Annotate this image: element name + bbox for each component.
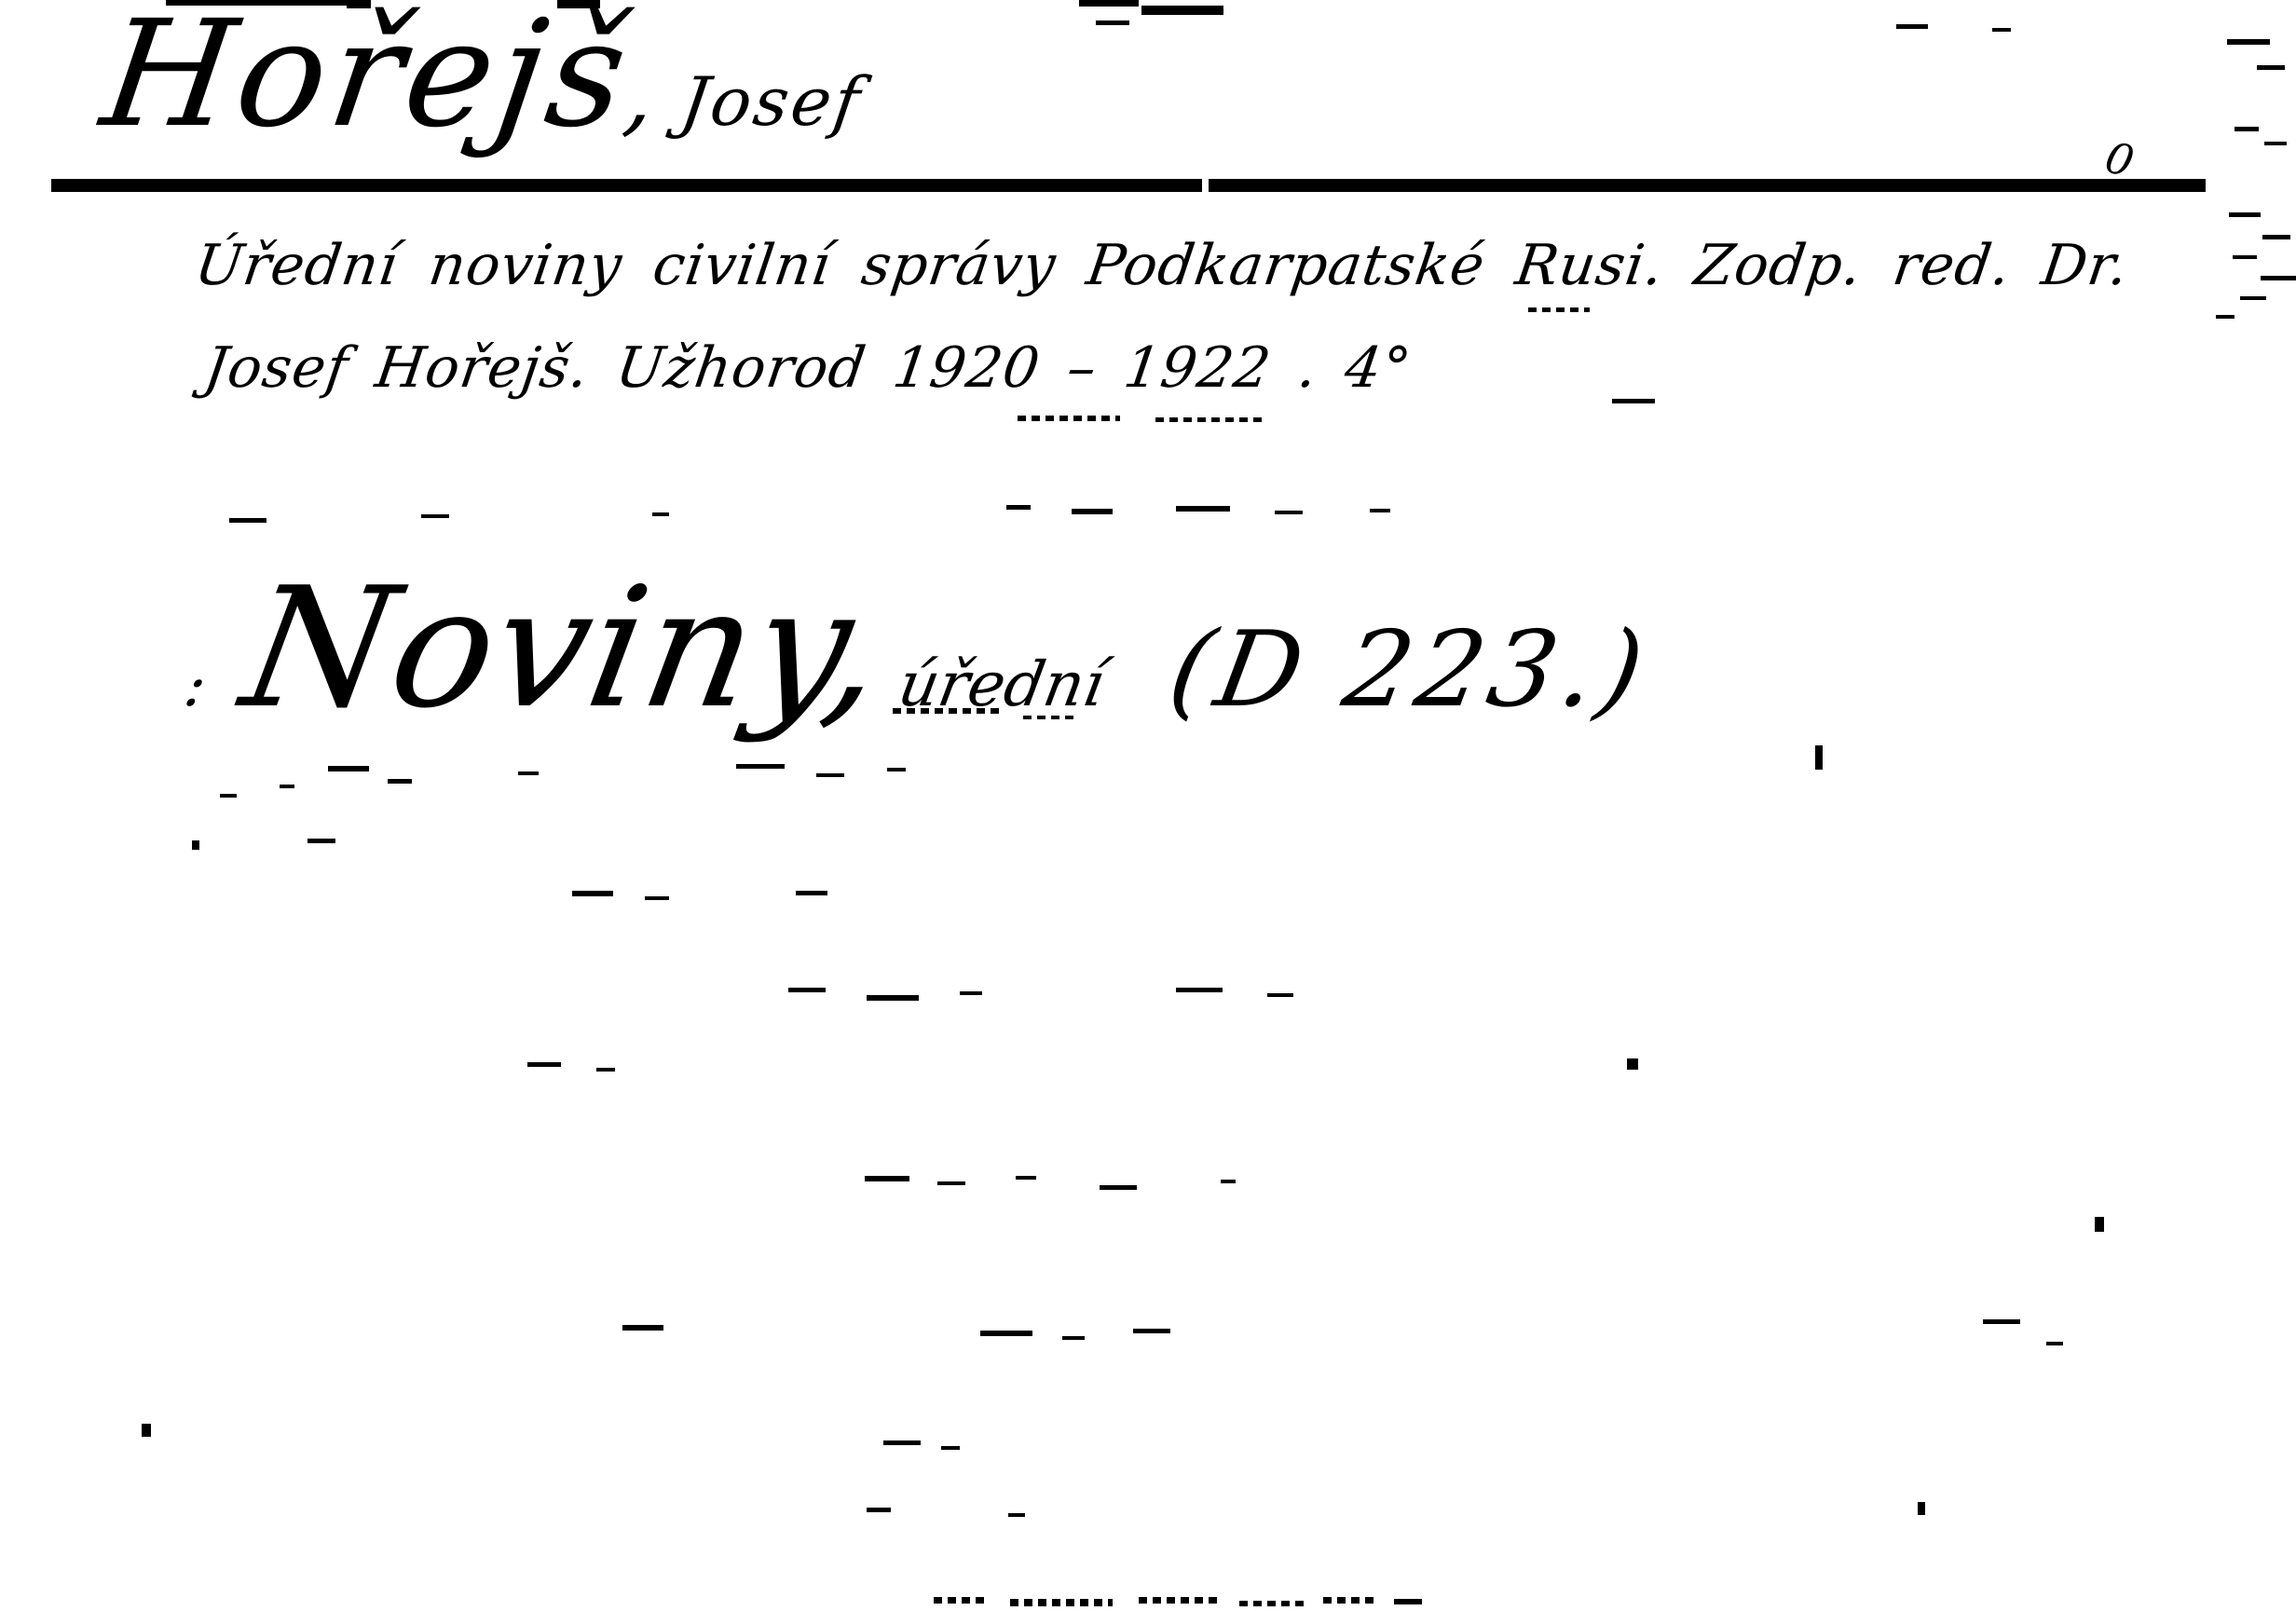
noise-mark: [1062, 1336, 1085, 1340]
noise-mark: [1100, 1185, 1137, 1190]
noise-mark: [865, 1176, 909, 1181]
noise-mark: [1323, 1597, 1379, 1604]
noise-mark: [796, 891, 827, 895]
noise-mark: [934, 1597, 990, 1604]
noise-mark: [960, 991, 982, 995]
noise-mark: [2261, 276, 2296, 280]
noise-mark: [1896, 24, 1928, 29]
noise-mark: [1008, 1513, 1025, 1517]
noise-mark: [645, 896, 669, 900]
noise-mark: [1394, 1599, 1422, 1604]
title-statement-line-1: Úřední noviny civilní správy Podkarpatsk…: [191, 233, 2133, 298]
noise-mark: [527, 1062, 561, 1067]
subject-qualifier: úřední: [894, 648, 1111, 720]
noise-mark: [1006, 505, 1031, 510]
noise-mark: [1016, 1176, 1036, 1180]
rule-notch: [1202, 179, 1209, 192]
noise-mark: [220, 794, 237, 798]
noise-mark: [2216, 315, 2234, 319]
noise-mark: [941, 1446, 960, 1450]
noise-mark: [1155, 417, 1267, 422]
noise-mark: [2262, 235, 2290, 239]
noise-mark: [1983, 1319, 2020, 1324]
noise-mark: [1018, 416, 1120, 421]
noise-mark: [2046, 1342, 2063, 1345]
noise-mark: [937, 1181, 965, 1185]
noise-mark: [1176, 506, 1230, 512]
noise-mark: [1176, 988, 1223, 992]
noise-mark: 0: [2101, 135, 2139, 184]
heading-rule: [51, 179, 2206, 192]
noise-mark: [1139, 1597, 1223, 1604]
noise-mark: [1133, 1329, 1170, 1333]
subject-term: Noviny,: [231, 552, 901, 744]
noise-mark: [2229, 212, 2261, 217]
shelfmark: (D 223.): [1161, 609, 1658, 730]
noise-mark: [2257, 65, 2285, 70]
noise-mark: [307, 839, 335, 843]
author-surname: Hořejš: [93, 0, 641, 160]
noise-mark: [1072, 509, 1113, 514]
noise-mark: [2240, 296, 2266, 300]
noise-mark: [1221, 1180, 1236, 1183]
noise-mark: [142, 1424, 151, 1437]
noise-mark: [2233, 255, 2257, 259]
noise-mark: [652, 512, 669, 516]
noise-mark: [328, 766, 369, 771]
noise-mark: [596, 1068, 615, 1072]
noise-mark: [883, 1440, 921, 1445]
noise-mark: [1992, 28, 2011, 32]
noise-mark: [1370, 509, 1390, 512]
heading-author: Hořejš,Josef: [93, 0, 877, 160]
noise-mark: [1267, 993, 1293, 997]
subject-reference: : Noviny, úřední (D 223.): [175, 552, 1668, 744]
noise-mark: [1275, 511, 1303, 514]
noise-mark: [887, 768, 906, 771]
noise-mark: [1815, 745, 1823, 770]
noise-mark: [1918, 1502, 1925, 1515]
noise-mark: [421, 514, 449, 518]
noise-mark: [2264, 142, 2287, 145]
noise-mark: [1096, 20, 1129, 25]
noise-mark: [1010, 1599, 1113, 1606]
noise-mark: [1627, 1058, 1638, 1070]
noise-mark: [1612, 399, 1655, 403]
noise-mark: [518, 771, 539, 775]
noise-mark: [788, 988, 826, 992]
noise-mark: [867, 1508, 891, 1512]
author-forename: Josef: [676, 62, 867, 141]
noise-mark: [572, 891, 613, 896]
noise-mark: [2095, 1217, 2104, 1232]
noise-mark: [1528, 307, 1590, 312]
noise-mark: [622, 1325, 663, 1331]
noise-mark: [1141, 6, 1223, 15]
noise-mark: [2234, 127, 2259, 131]
noise-mark: [816, 773, 844, 777]
catalog-card: Hořejš,Josef Úřední noviny civilní správ…: [0, 0, 2296, 1611]
noise-mark: [1239, 1601, 1305, 1606]
noise-mark: [229, 518, 266, 523]
noise-mark: [867, 995, 919, 1001]
noise-mark: [388, 779, 412, 784]
noise-mark: [280, 785, 294, 788]
noise-mark: [980, 1331, 1032, 1336]
noise-mark: [1079, 0, 1139, 7]
reference-colon: :: [180, 651, 212, 720]
noise-mark: [192, 840, 199, 850]
noise-mark: [2227, 39, 2270, 45]
noise-mark: [736, 764, 785, 769]
title-statement-line-2: Josef Hořejš. Užhorod 1920 – 1922 . 4°: [200, 335, 1415, 401]
